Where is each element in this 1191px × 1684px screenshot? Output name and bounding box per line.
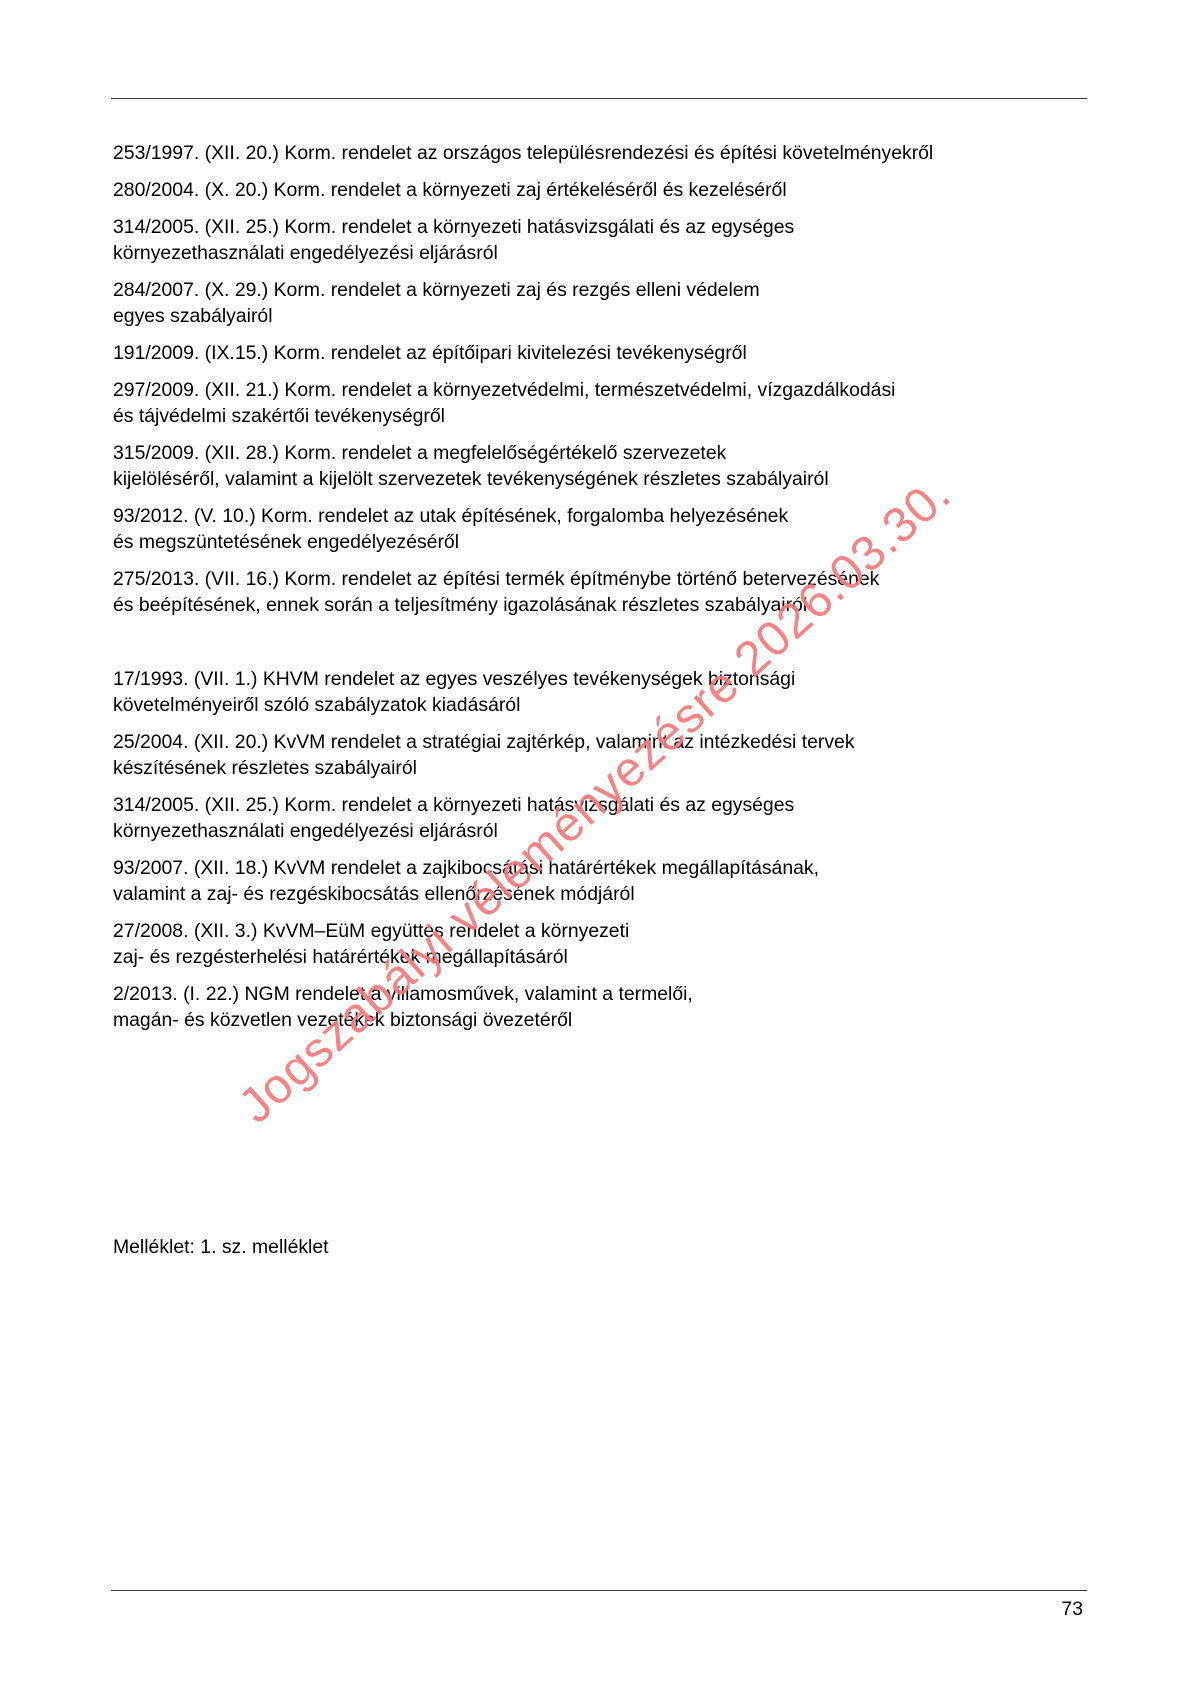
regulation-text-line: 297/2009. (XII. 21.) Korm. rendelet a kö… <box>113 377 1073 403</box>
regulation-text-line: 93/2007. (XII. 18.) KvVM rendelet a zajk… <box>113 855 1073 881</box>
regulation-entry: 297/2009. (XII. 21.) Korm. rendelet a kö… <box>113 377 1073 429</box>
footer-rule <box>111 1590 1087 1591</box>
regulation-list-government-decrees: 253/1997. (XII. 20.) Korm. rendelet az o… <box>113 140 1073 618</box>
regulation-text-line: 191/2009. (IX.15.) Korm. rendelet az épí… <box>113 340 1073 366</box>
regulation-entry: 275/2013. (VII. 16.) Korm. rendelet az é… <box>113 566 1073 618</box>
regulation-text-line: 314/2005. (XII. 25.) Korm. rendelet a kö… <box>113 792 1073 818</box>
regulation-entry: 253/1997. (XII. 20.) Korm. rendelet az o… <box>113 140 1073 166</box>
regulation-text-line: 25/2004. (XII. 20.) KvVM rendelet a stra… <box>113 729 1073 755</box>
regulation-text-line: 27/2008. (XII. 3.) KvVM–EüM együttes ren… <box>113 918 1073 944</box>
regulation-text-line: és beépítésének, ennek során a teljesítm… <box>113 592 1073 618</box>
regulation-text-line: és megszüntetésének engedélyezéséről <box>113 529 1073 555</box>
regulation-text-line: környezethasználati engedélyezési eljárá… <box>113 818 1073 844</box>
attachment-reference: Melléklet: 1. sz. melléklet <box>113 1234 329 1260</box>
regulation-list-ministerial-decrees: 17/1993. (VII. 1.) KHVM rendelet az egye… <box>113 666 1073 1033</box>
regulation-text-line: 93/2012. (V. 10.) Korm. rendelet az utak… <box>113 503 1073 529</box>
regulation-text-line: kijelöléséről, valamint a kijelölt szerv… <box>113 466 1073 492</box>
regulation-entry: 314/2005. (XII. 25.) Korm. rendelet a kö… <box>113 792 1073 844</box>
section-gap <box>113 629 1073 666</box>
regulation-text-line: 17/1993. (VII. 1.) KHVM rendelet az egye… <box>113 666 1073 692</box>
regulation-entry: 284/2007. (X. 29.) Korm. rendelet a körn… <box>113 277 1073 329</box>
regulation-entry: 25/2004. (XII. 20.) KvVM rendelet a stra… <box>113 729 1073 781</box>
regulation-entry: 2/2013. (I. 22.) NGM rendelet a villamos… <box>113 981 1073 1033</box>
regulation-text-line: valamint a zaj- és rezgéskibocsátás elle… <box>113 881 1073 907</box>
regulation-text-line: 280/2004. (X. 20.) Korm. rendelet a körn… <box>113 177 1073 203</box>
regulation-text-line: 315/2009. (XII. 28.) Korm. rendelet a me… <box>113 440 1073 466</box>
regulation-text-line: környezethasználati engedélyezési eljárá… <box>113 240 1073 266</box>
regulation-text-line: és tájvédelmi szakértői tevékenységről <box>113 403 1073 429</box>
regulation-entry: 17/1993. (VII. 1.) KHVM rendelet az egye… <box>113 666 1073 718</box>
regulation-text-line: 253/1997. (XII. 20.) Korm. rendelet az o… <box>113 140 1073 166</box>
header-rule <box>111 98 1087 99</box>
regulation-text-line: egyes szabályairól <box>113 303 1073 329</box>
regulation-entry: 315/2009. (XII. 28.) Korm. rendelet a me… <box>113 440 1073 492</box>
page-number: 73 <box>1061 1596 1083 1622</box>
regulation-text-line: 275/2013. (VII. 16.) Korm. rendelet az é… <box>113 566 1073 592</box>
regulation-text-line: zaj- és rezgésterhelési határértékek meg… <box>113 944 1073 970</box>
regulation-entry: 314/2005. (XII. 25.) Korm. rendelet a kö… <box>113 214 1073 266</box>
regulation-entry: 93/2012. (V. 10.) Korm. rendelet az utak… <box>113 503 1073 555</box>
regulation-text-line: 314/2005. (XII. 25.) Korm. rendelet a kö… <box>113 214 1073 240</box>
regulation-entry: 191/2009. (IX.15.) Korm. rendelet az épí… <box>113 340 1073 366</box>
regulation-text-line: magán- és közvetlen vezetékek biztonsági… <box>113 1007 1073 1033</box>
regulation-text-line: 2/2013. (I. 22.) NGM rendelet a villamos… <box>113 981 1073 1007</box>
regulation-text-line: 284/2007. (X. 29.) Korm. rendelet a körn… <box>113 277 1073 303</box>
regulation-entry: 280/2004. (X. 20.) Korm. rendelet a körn… <box>113 177 1073 203</box>
regulation-text-line: készítésének részletes szabályairól <box>113 755 1073 781</box>
regulation-text-line: követelményeiről szóló szabályzatok kiad… <box>113 692 1073 718</box>
regulation-entry: 27/2008. (XII. 3.) KvVM–EüM együttes ren… <box>113 918 1073 970</box>
document-body: 253/1997. (XII. 20.) Korm. rendelet az o… <box>113 140 1073 1044</box>
regulation-entry: 93/2007. (XII. 18.) KvVM rendelet a zajk… <box>113 855 1073 907</box>
